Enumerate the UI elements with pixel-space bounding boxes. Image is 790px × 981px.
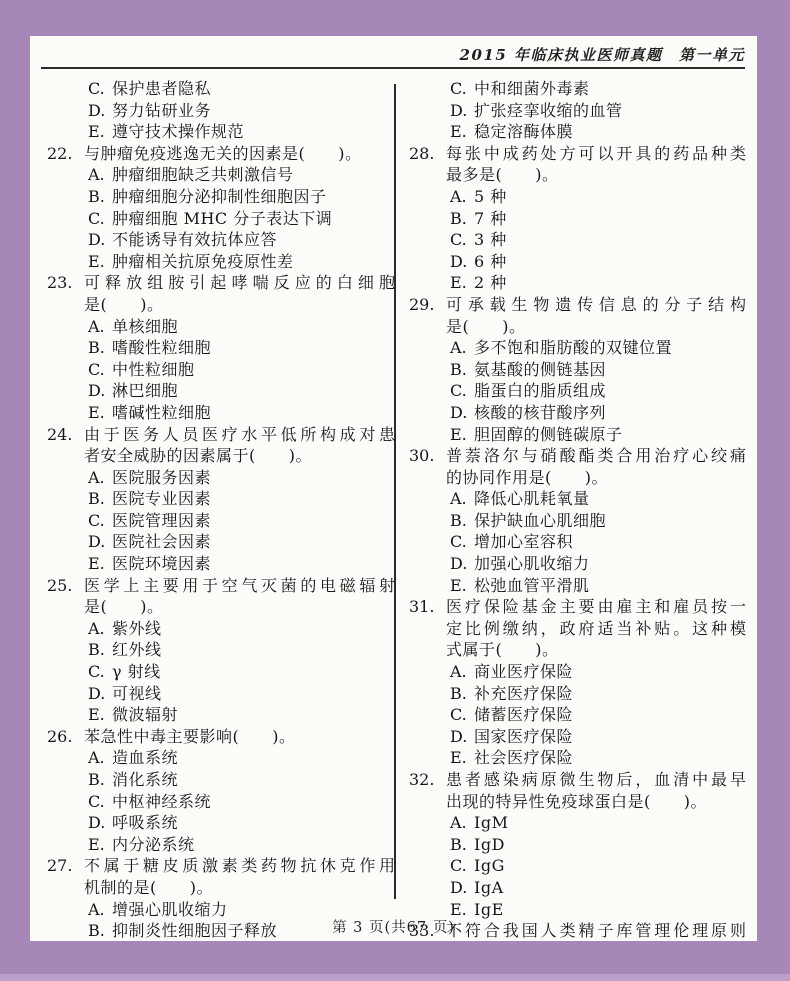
option-text: IgA [474, 877, 504, 899]
option-label: B. [88, 488, 112, 510]
option-text: 7 种 [474, 208, 507, 230]
option-row: B.IgD [409, 834, 746, 856]
question-number: 23. [47, 272, 84, 315]
option-row: B.肿瘤细胞分泌抑制性细胞因子 [47, 186, 395, 208]
question-row: 22.与肿瘤免疫逃逸无关的因素是( )。 [47, 143, 395, 165]
option-label: E. [450, 747, 474, 769]
question-line: 由于医务人员医疗水平低所构成对患 [84, 424, 395, 446]
option-row: A.造血系统 [47, 747, 395, 769]
option-text: 保护缺血心肌细胞 [474, 510, 606, 532]
question-block: 25.医学上主要用于空气灭菌的电磁辐射是( )。 [47, 575, 395, 618]
option-row: A.紫外线 [47, 618, 395, 640]
option-row: E.微波辐射 [47, 704, 395, 726]
option-row: E.胆固醇的侧链碳原子 [409, 424, 746, 446]
question-number: 30. [409, 445, 446, 488]
question-line: 最多是( )。 [446, 164, 746, 186]
option-row: D.核酸的核苷酸序列 [409, 402, 746, 424]
option-text: 遵守技术操作规范 [112, 121, 244, 143]
option-row: A.IgM [409, 812, 746, 834]
option-label: C. [88, 208, 112, 230]
page-header-title: 2015 年临床执业医师真题 第一单元 [460, 44, 745, 65]
question-row: 27.不属于糖皮质激素类药物抗休克作用机制的是( )。 [47, 855, 395, 898]
border-bottom-strip [0, 974, 790, 981]
option-label: D. [88, 531, 112, 553]
option-row: B.红外线 [47, 639, 395, 661]
question-block: 27.不属于糖皮质激素类药物抗休克作用机制的是( )。 [47, 855, 395, 898]
question-line: 可承载生物遗传信息的分子结构 [446, 294, 746, 316]
exam-paper-page: 2015 年临床执业医师真题 第一单元 C.保护患者隐私D.努力钻研业务E.遵守… [30, 36, 757, 941]
option-row: C.医院管理因素 [47, 510, 395, 532]
option-row: C.γ 射线 [47, 661, 395, 683]
option-label: E. [450, 272, 474, 294]
option-text: 肿瘤细胞分泌抑制性细胞因子 [112, 186, 327, 208]
question-text: 可释放组胺引起哮喘反应的白细胞是( )。 [84, 272, 395, 315]
option-label: E. [88, 251, 112, 273]
question-row: 29.可承载生物遗传信息的分子结构是( )。 [409, 294, 746, 337]
option-row: B.消化系统 [47, 769, 395, 791]
question-line: 的协同作用是( )。 [446, 467, 746, 489]
option-text: 核酸的核苷酸序列 [474, 402, 606, 424]
option-label: D. [450, 100, 474, 122]
option-text: 紫外线 [112, 618, 162, 640]
question-line: 是( )。 [84, 596, 395, 618]
option-text: 降低心肌耗氧量 [474, 488, 590, 510]
option-text: 呼吸系统 [112, 812, 178, 834]
option-text: 消化系统 [112, 769, 178, 791]
option-text: 医院管理因素 [112, 510, 211, 532]
question-line: 医学上主要用于空气灭菌的电磁辐射 [84, 575, 395, 597]
option-label: C. [88, 359, 112, 381]
question-line: 是( )。 [446, 316, 746, 338]
option-label: C. [450, 380, 474, 402]
question-number: 29. [409, 294, 446, 337]
option-row: E.稳定溶酶体膜 [409, 121, 746, 143]
option-label: D. [450, 877, 474, 899]
question-row: 23.可释放组胺引起哮喘反应的白细胞是( )。 [47, 272, 395, 315]
question-line: 者安全威胁的因素属于( )。 [84, 445, 395, 467]
option-text: 肿瘤细胞 MHC 分子表达下调 [112, 208, 332, 230]
question-text: 每张中成药处方可以开具的药品种类最多是( )。 [446, 143, 746, 186]
option-row: B.嗜酸性粒细胞 [47, 337, 395, 359]
option-text: 中性粒细胞 [112, 359, 195, 381]
option-row: B.7 种 [409, 208, 746, 230]
option-label: D. [450, 553, 474, 575]
option-text: 肿瘤细胞缺乏共刺激信号 [112, 164, 294, 186]
option-text: 造血系统 [112, 747, 178, 769]
option-text: 微波辐射 [112, 704, 178, 726]
option-label: E. [450, 121, 474, 143]
option-row: D.IgA [409, 877, 746, 899]
option-label: B. [88, 186, 112, 208]
option-row: A.单核细胞 [47, 316, 395, 338]
option-row: C.增加心室容积 [409, 531, 746, 553]
option-text: IgM [474, 812, 508, 834]
option-row: C.脂蛋白的脂质组成 [409, 380, 746, 402]
option-text: 补充医疗保险 [474, 683, 573, 705]
option-text: 5 种 [474, 186, 507, 208]
question-block: 24.由于医务人员医疗水平低所构成对患者安全威胁的因素属于( )。 [47, 424, 395, 467]
option-row: E.嗜碱性粒细胞 [47, 402, 395, 424]
question-row: 28.每张中成药处方可以开具的药品种类最多是( )。 [409, 143, 746, 186]
option-text: 中枢神经系统 [112, 791, 211, 813]
question-text: 苯急性中毒主要影响( )。 [84, 726, 395, 748]
option-row: A.医院服务因素 [47, 467, 395, 489]
option-row: C.保护患者隐私 [47, 78, 395, 100]
question-row: 31.医疗保险基金主要由雇主和雇员按一定比例缴纳，政府适当补贴。这种模式属于( … [409, 596, 746, 661]
option-row: A.多不饱和脂肪酸的双键位置 [409, 337, 746, 359]
question-line: 每张中成药处方可以开具的药品种类 [446, 143, 746, 165]
option-text: IgG [474, 855, 505, 877]
question-text: 与肿瘤免疫逃逸无关的因素是( )。 [84, 143, 395, 165]
question-block: 26.苯急性中毒主要影响( )。 [47, 726, 395, 748]
option-text: 2 种 [474, 272, 507, 294]
option-text: 嗜碱性粒细胞 [112, 402, 211, 424]
option-text: 内分泌系统 [112, 834, 195, 856]
option-label: A. [88, 747, 112, 769]
option-row: D.加强心肌收缩力 [409, 553, 746, 575]
question-row: 30.普萘洛尔与硝酸酯类合用治疗心绞痛的协同作用是( )。 [409, 445, 746, 488]
option-row: C.储蓄医疗保险 [409, 704, 746, 726]
column-left: C.保护患者隐私D.努力钻研业务E.遵守技术操作规范22.与肿瘤免疫逃逸无关的因… [47, 78, 395, 942]
question-block: 29.可承载生物遗传信息的分子结构是( )。 [409, 294, 746, 337]
option-label: E. [450, 424, 474, 446]
option-label: A. [88, 618, 112, 640]
option-row: A.5 种 [409, 186, 746, 208]
option-row: E.内分泌系统 [47, 834, 395, 856]
option-text: 松弛血管平滑肌 [474, 575, 590, 597]
header-rule [41, 67, 745, 69]
option-label: B. [88, 769, 112, 791]
option-row: A.降低心肌耗氧量 [409, 488, 746, 510]
question-number: 32. [409, 769, 446, 812]
option-text: 国家医疗保险 [474, 726, 573, 748]
option-text: 多不饱和脂肪酸的双键位置 [474, 337, 672, 359]
option-row: A.肿瘤细胞缺乏共刺激信号 [47, 164, 395, 186]
option-row: D.可视线 [47, 683, 395, 705]
question-line: 机制的是( )。 [84, 877, 395, 899]
option-label: E. [88, 121, 112, 143]
option-text: 医院服务因素 [112, 467, 211, 489]
question-text: 医疗保险基金主要由雇主和雇员按一定比例缴纳，政府适当补贴。这种模式属于( )。 [446, 596, 746, 661]
question-text: 可承载生物遗传信息的分子结构是( )。 [446, 294, 746, 337]
option-text: 脂蛋白的脂质组成 [474, 380, 606, 402]
option-row: D.努力钻研业务 [47, 100, 395, 122]
option-row: B.补充医疗保险 [409, 683, 746, 705]
option-row: D.医院社会因素 [47, 531, 395, 553]
option-text: 扩张痉挛收缩的血管 [474, 100, 623, 122]
option-label: D. [88, 100, 112, 122]
question-line: 患者感染病原微生物后，血清中最早 [446, 769, 746, 791]
question-block: 28.每张中成药处方可以开具的药品种类最多是( )。 [409, 143, 746, 186]
option-text: 努力钻研业务 [112, 100, 211, 122]
option-label: B. [450, 510, 474, 532]
option-label: B. [450, 834, 474, 856]
option-label: B. [450, 208, 474, 230]
option-text: 医院社会因素 [112, 531, 211, 553]
option-row: A.商业医疗保险 [409, 661, 746, 683]
option-text: 3 种 [474, 229, 507, 251]
option-label: B. [88, 337, 112, 359]
option-label: C. [88, 78, 112, 100]
option-label: C. [88, 661, 112, 683]
option-text: 氨基酸的侧链基因 [474, 359, 606, 381]
question-line: 与肿瘤免疫逃逸无关的因素是( )。 [84, 143, 395, 165]
option-row: D.6 种 [409, 251, 746, 273]
option-label: C. [450, 78, 474, 100]
option-row: E.遵守技术操作规范 [47, 121, 395, 143]
option-label: C. [450, 229, 474, 251]
option-text: 中和细菌外毒素 [474, 78, 590, 100]
question-row: 32.患者感染病原微生物后，血清中最早出现的特异性免疫球蛋白是( )。 [409, 769, 746, 812]
scanned-exam-screenshot: { "header": { "title": "2015 年临床执业医师真题 第… [0, 0, 790, 981]
question-text: 不属于糖皮质激素类药物抗休克作用机制的是( )。 [84, 855, 395, 898]
question-text: 由于医务人员医疗水平低所构成对患者安全威胁的因素属于( )。 [84, 424, 395, 467]
question-block: 32.患者感染病原微生物后，血清中最早出现的特异性免疫球蛋白是( )。 [409, 769, 746, 812]
option-text: 稳定溶酶体膜 [474, 121, 573, 143]
option-text: 可视线 [112, 683, 162, 705]
option-row: C.中性粒细胞 [47, 359, 395, 381]
option-label: E. [88, 402, 112, 424]
question-row: 24.由于医务人员医疗水平低所构成对患者安全威胁的因素属于( )。 [47, 424, 395, 467]
option-row: E.松弛血管平滑肌 [409, 575, 746, 597]
option-text: 加强心肌收缩力 [474, 553, 590, 575]
question-line: 式属于( )。 [446, 639, 746, 661]
option-row: E.社会医疗保险 [409, 747, 746, 769]
option-label: A. [450, 337, 474, 359]
option-row: D.不能诱导有效抗体应答 [47, 229, 395, 251]
question-text: 医学上主要用于空气灭菌的电磁辐射是( )。 [84, 575, 395, 618]
option-text: 社会医疗保险 [474, 747, 573, 769]
option-label: C. [88, 510, 112, 532]
option-text: 嗜酸性粒细胞 [112, 337, 211, 359]
option-row: E.2 种 [409, 272, 746, 294]
option-row: B.医院专业因素 [47, 488, 395, 510]
option-text: IgD [474, 834, 505, 856]
question-line: 苯急性中毒主要影响( )。 [84, 726, 395, 748]
option-row: D.扩张痉挛收缩的血管 [409, 100, 746, 122]
question-number: 22. [47, 143, 84, 165]
option-label: D. [450, 251, 474, 273]
option-label: C. [450, 531, 474, 553]
option-label: A. [450, 812, 474, 834]
option-label: B. [450, 683, 474, 705]
option-label: D. [88, 229, 112, 251]
option-row: C.肿瘤细胞 MHC 分子表达下调 [47, 208, 395, 230]
question-line: 可释放组胺引起哮喘反应的白细胞 [84, 272, 395, 294]
option-row: B.保护缺血心肌细胞 [409, 510, 746, 532]
question-block: 23.可释放组胺引起哮喘反应的白细胞是( )。 [47, 272, 395, 315]
option-row: E.肿瘤相关抗原免疫原性差 [47, 251, 395, 273]
option-label: A. [88, 164, 112, 186]
option-label: D. [450, 402, 474, 424]
question-number: 26. [47, 726, 84, 748]
question-line: 医疗保险基金主要由雇主和雇员按一 [446, 596, 746, 618]
option-row: C.IgG [409, 855, 746, 877]
option-row: D.国家医疗保险 [409, 726, 746, 748]
option-text: 储蓄医疗保险 [474, 704, 573, 726]
option-label: A. [450, 186, 474, 208]
option-row: D.淋巴细胞 [47, 380, 395, 402]
option-text: 保护患者隐私 [112, 78, 211, 100]
question-number: 24. [47, 424, 84, 467]
option-label: D. [88, 812, 112, 834]
page-number: 第 3 页(共67 页) [30, 916, 757, 937]
question-text: 普萘洛尔与硝酸酯类合用治疗心绞痛的协同作用是( )。 [446, 445, 746, 488]
option-row: C.3 种 [409, 229, 746, 251]
question-line: 普萘洛尔与硝酸酯类合用治疗心绞痛 [446, 445, 746, 467]
question-line: 是( )。 [84, 294, 395, 316]
question-line: 不属于糖皮质激素类药物抗休克作用 [84, 855, 395, 877]
question-block: 30.普萘洛尔与硝酸酯类合用治疗心绞痛的协同作用是( )。 [409, 445, 746, 488]
option-text: 医院专业因素 [112, 488, 211, 510]
option-text: γ 射线 [112, 661, 161, 683]
option-text: 不能诱导有效抗体应答 [112, 229, 277, 251]
option-label: C. [450, 704, 474, 726]
question-number: 27. [47, 855, 84, 898]
option-label: A. [88, 467, 112, 489]
option-label: A. [88, 316, 112, 338]
question-row: 25.医学上主要用于空气灭菌的电磁辐射是( )。 [47, 575, 395, 618]
option-label: E. [88, 834, 112, 856]
question-block: 22.与肿瘤免疫逃逸无关的因素是( )。 [47, 143, 395, 165]
option-row: C.中枢神经系统 [47, 791, 395, 813]
option-label: E. [450, 575, 474, 597]
option-text: 单核细胞 [112, 316, 178, 338]
option-row: D.呼吸系统 [47, 812, 395, 834]
option-text: 6 种 [474, 251, 507, 273]
option-label: C. [450, 855, 474, 877]
option-text: 医院环境因素 [112, 553, 211, 575]
column-right: C.中和细菌外毒素D.扩张痉挛收缩的血管E.稳定溶酶体膜28.每张中成药处方可以… [409, 78, 746, 942]
option-text: 增加心室容积 [474, 531, 573, 553]
option-row: E.医院环境因素 [47, 553, 395, 575]
option-label: D. [450, 726, 474, 748]
question-number: 25. [47, 575, 84, 618]
option-text: 淋巴细胞 [112, 380, 178, 402]
question-number: 28. [409, 143, 446, 186]
option-row: C.中和细菌外毒素 [409, 78, 746, 100]
option-label: D. [88, 683, 112, 705]
option-text: 肿瘤相关抗原免疫原性差 [112, 251, 294, 273]
question-line: 定比例缴纳，政府适当补贴。这种模 [446, 618, 746, 640]
option-label: C. [88, 791, 112, 813]
question-block: 31.医疗保险基金主要由雇主和雇员按一定比例缴纳，政府适当补贴。这种模式属于( … [409, 596, 746, 661]
question-line: 出现的特异性免疫球蛋白是( )。 [446, 791, 746, 813]
option-label: B. [88, 639, 112, 661]
option-label: A. [450, 661, 474, 683]
option-row: B.氨基酸的侧链基因 [409, 359, 746, 381]
option-label: E. [88, 704, 112, 726]
question-number: 31. [409, 596, 446, 661]
option-text: 胆固醇的侧链碳原子 [474, 424, 623, 446]
question-row: 26.苯急性中毒主要影响( )。 [47, 726, 395, 748]
option-label: A. [450, 488, 474, 510]
option-text: 商业医疗保险 [474, 661, 573, 683]
option-label: E. [88, 553, 112, 575]
option-label: D. [88, 380, 112, 402]
option-text: 红外线 [112, 639, 162, 661]
option-label: B. [450, 359, 474, 381]
question-text: 患者感染病原微生物后，血清中最早出现的特异性免疫球蛋白是( )。 [446, 769, 746, 812]
